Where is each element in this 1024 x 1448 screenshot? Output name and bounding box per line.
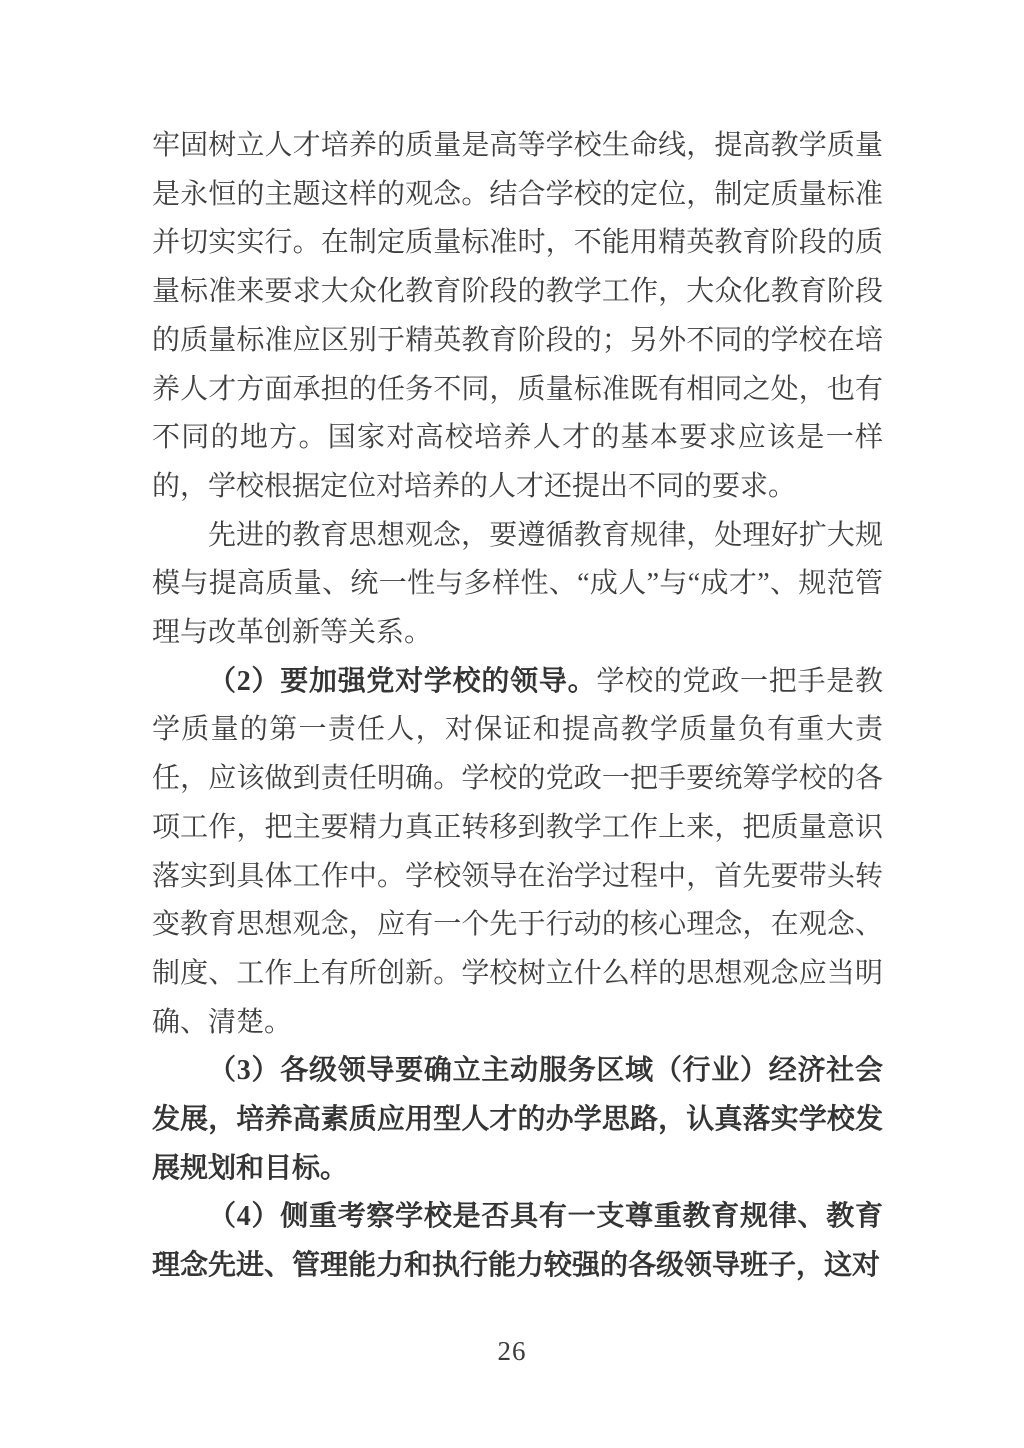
document-page: 牢固树立人才培养的质量是高等学校生命线，提高教学质量是永恒的主题这样的观念。结合… bbox=[0, 0, 1024, 1448]
page-number: 26 bbox=[0, 1336, 1024, 1367]
paragraph-item-2-heading: （2）要加强党对学校的领导。 bbox=[208, 666, 596, 697]
paragraph-item-4: （4）侧重考察学校是否具有一支尊重教育规律、教育理念先进、管理能力和执行能力较强… bbox=[152, 1193, 883, 1290]
paragraph-continuation: 牢固树立人才培养的质量是高等学校生命线，提高教学质量是永恒的主题这样的观念。结合… bbox=[152, 122, 883, 512]
paragraph-education-concepts: 先进的教育思想观念，要遵循教育规律，处理好扩大规模与提高质量、统一性与多样性、“… bbox=[152, 512, 883, 658]
paragraph-item-2-body: 学校的党政一把手是教学质量的第一责任人，对保证和提高教学质量负有重大责任，应该做… bbox=[152, 666, 883, 1038]
paragraph-item-3: （3）各级领导要确立主动服务区域（行业）经济社会发展，培养高素质应用型人才的办学… bbox=[152, 1047, 883, 1193]
text-content: 牢固树立人才培养的质量是高等学校生命线，提高教学质量是永恒的主题这样的观念。结合… bbox=[152, 122, 883, 1291]
paragraph-item-2: （2）要加强党对学校的领导。学校的党政一把手是教学质量的第一责任人，对保证和提高… bbox=[152, 658, 883, 1048]
